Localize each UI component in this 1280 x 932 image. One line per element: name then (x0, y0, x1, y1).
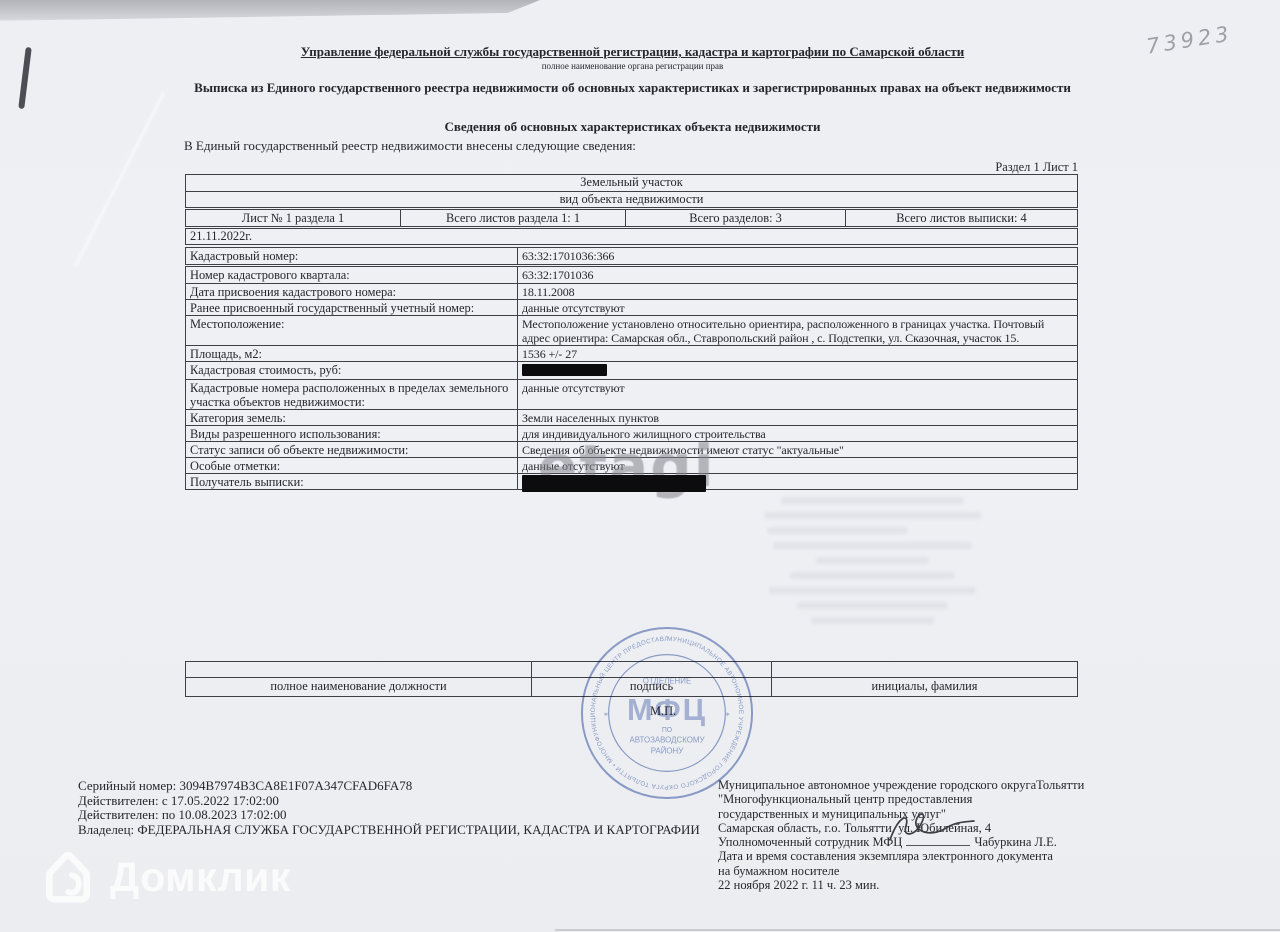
row-value: 18.11.2008 (518, 284, 1077, 299)
object-type-caption: вид объекта недвижимости (186, 191, 1077, 207)
row-value (518, 362, 1077, 379)
row-value: данные отсутствуют (518, 380, 1077, 409)
table-row: Дата присвоения кадастрового номера:18.1… (186, 283, 1077, 299)
certificate-owner: Владелец: ФЕДЕРАЛЬНАЯ СЛУЖБА ГОСУДАРСТВЕ… (78, 823, 700, 838)
certificate-valid-to: Действителен: по 10.08.2023 17:02:00 (78, 808, 700, 823)
stamp-center-line3: РАЙОНУ (651, 747, 685, 756)
row-value: 63:32:1701036:366 (518, 248, 1077, 264)
sheets-table: Лист № 1 раздела 1 Всего листов раздела … (185, 209, 1078, 227)
row-label: Дата присвоения кадастрового номера: (186, 284, 518, 299)
intro-line: В Единый государственный реестр недвижим… (184, 138, 636, 154)
stamp-center-line2: АВТОЗАВОДСКОМУ (629, 736, 705, 745)
table-row: Категория земель:Земли населенных пункто… (186, 409, 1077, 425)
row-label: Получатель выписки: (186, 474, 518, 489)
row-value (518, 474, 1077, 489)
org-header-caption: полное наименование органа регистрации п… (185, 61, 1080, 71)
section-page-label: Раздел 1 Лист 1 (185, 160, 1078, 175)
mfc-line: Муниципальное автономное учреждение горо… (718, 778, 1178, 792)
svg-text:*: * (725, 711, 730, 721)
mfc-stamp: МУНИЦИПАЛЬНОЕ АВТОНОМНОЕ УЧРЕЖДЕНИЕ ГОРО… (578, 624, 756, 802)
redaction-box (522, 475, 706, 492)
row-value: Местоположение установлено относительно … (518, 316, 1077, 345)
row-label: Кадастровые номера расположенных в преде… (186, 380, 518, 409)
row-value: 1536 +/- 27 (518, 346, 1077, 361)
stamp-center-line1: ПО (662, 727, 673, 734)
row-label: Номер кадастрового квартала: (186, 267, 518, 283)
table-row: Кадастровый номер: 63:32:1701036:366 (186, 248, 1077, 264)
table-row: Кадастровые номера расположенных в преде… (186, 379, 1077, 409)
table-row: Номер кадастрового квартала:63:32:170103… (186, 267, 1077, 283)
table-row: Местоположение:Местоположение установлен… (186, 315, 1077, 345)
row-value: данные отсутствуют (518, 300, 1077, 315)
mfc-line: на бумажном носителе (718, 864, 1178, 878)
row-label: Ранее присвоенный государственный учетны… (186, 300, 518, 315)
sheets-cell: Лист № 1 раздела 1 (186, 210, 400, 226)
date-row: 21.11.2022г. (185, 228, 1078, 245)
stamp-center-main: МФЦ (627, 693, 707, 727)
section-title: Сведения об основных характеристиках объ… (185, 119, 1080, 135)
svg-text:*: * (604, 711, 609, 721)
bleed-through-text (755, 497, 990, 632)
object-type-table: Земельный участок вид объекта недвижимос… (185, 174, 1078, 208)
object-type-value: Земельный участок (186, 175, 1077, 191)
scan-edge-bottom (555, 929, 1280, 931)
cadastral-number-table: Кадастровый номер: 63:32:1701036:366 (185, 247, 1078, 265)
domclick-watermark: Домклик (40, 847, 291, 907)
signature-col-position: полное наименование должности (186, 678, 531, 696)
redaction-box (522, 364, 607, 376)
table-row: Площадь, м2:1536 +/- 27 (186, 345, 1077, 361)
row-label: Местоположение: (186, 316, 518, 345)
sheets-cell: Всего листов раздела 1: 1 (400, 210, 625, 226)
mfc-line: "Многофункциональный центр предоставлени… (718, 792, 1178, 806)
row-label: Категория земель: (186, 410, 518, 425)
row-value: 63:32:1701036 (518, 267, 1077, 283)
org-header-text: Управление федеральной службы государств… (301, 44, 964, 59)
domclick-label: Домклик (110, 854, 291, 901)
row-label: Кадастровая стоимость, руб: (186, 362, 518, 379)
domclick-house-icon (40, 847, 96, 907)
scan-edge-top (0, 0, 540, 26)
mfc-signer-name: Чабуркина Л.Е. (974, 835, 1057, 849)
org-header: Управление федеральной службы государств… (185, 44, 1080, 60)
mfc-line: 22 ноября 2022 г. 11 ч. 23 мин. (718, 878, 1178, 892)
document-title: Выписка из Единого государственного реес… (185, 80, 1080, 96)
pen-mark (18, 47, 32, 109)
row-label: Особые отметки: (186, 458, 518, 473)
mfc-line: Дата и время составления экземпляра элек… (718, 849, 1178, 863)
row-value: Земли населенных пунктов (518, 410, 1077, 425)
row-label: Статус записи об объекте недвижимости: (186, 442, 518, 457)
handwritten-number: 73923 (1145, 21, 1234, 58)
row-label: Площадь, м2: (186, 346, 518, 361)
table-row: Кадастровая стоимость, руб: (186, 361, 1077, 379)
table-row: Ранее присвоенный государственный учетны… (186, 299, 1077, 315)
sheets-cell: Всего разделов: 3 (625, 210, 845, 226)
signature-col-name: инициалы, фамилия (771, 678, 1077, 696)
row-label: Кадастровый номер: (186, 248, 518, 264)
stamp-center-top: ОТДЕЛЕНИЕ (643, 676, 691, 685)
sheets-cell: Всего листов выписки: 4 (845, 210, 1077, 226)
mfc-signer-prefix: Уполномоченный сотрудник МФЦ (718, 835, 902, 849)
row-label: Виды разрешенного использования: (186, 426, 518, 441)
document-page: 73923 Управление федеральной службы госу… (0, 0, 1280, 932)
table-row: Получатель выписки: (186, 473, 1077, 489)
handwritten-signature (886, 808, 978, 848)
paper-crease (74, 92, 165, 267)
